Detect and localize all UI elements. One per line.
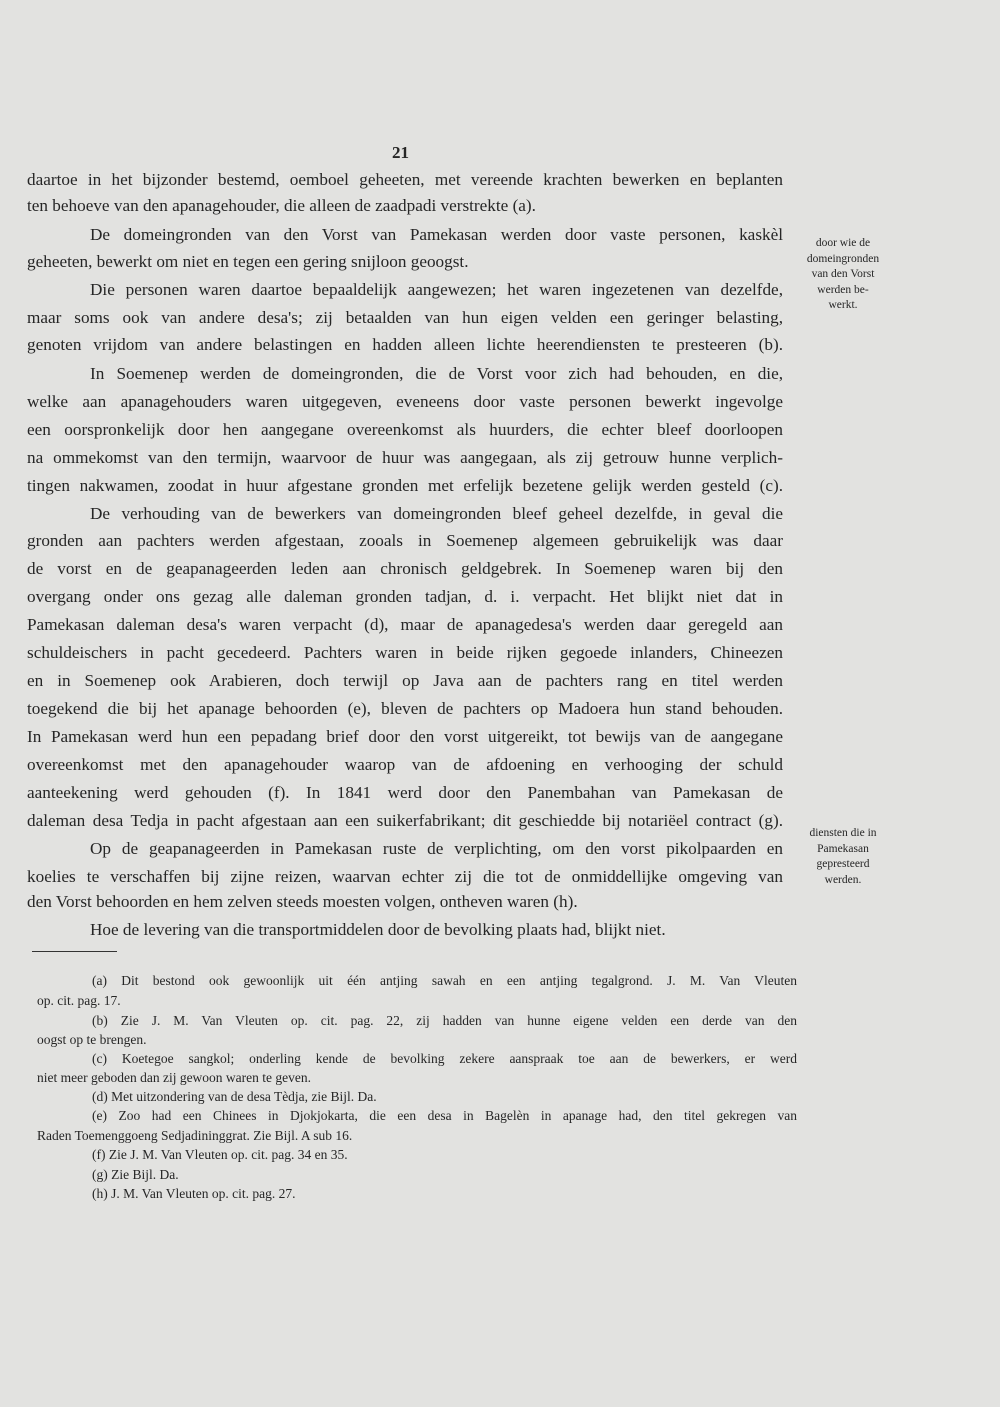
body-line: maar soms ook van andere desa's; zij bet… <box>27 307 783 329</box>
footnote-line: op. cit. pag. 17. <box>37 992 797 1010</box>
footnote-line: (b) Zie J. M. Van Vleuten op. cit. pag. … <box>92 1012 797 1030</box>
body-line: overgang onder ons gezag alle daleman gr… <box>27 586 783 608</box>
body-line: na ommekomst van den termijn, waarvoor d… <box>27 447 783 469</box>
footnote-divider <box>32 951 117 952</box>
body-line: toegekend die bij het apanage behoorden … <box>27 698 783 720</box>
margin-note-line: gepresteerd <box>788 857 898 873</box>
footnote-line: niet meer geboden dan zij gewoon waren t… <box>37 1069 797 1087</box>
body-line: de vorst en de geapanageerden leden aan … <box>27 558 783 580</box>
footnote-line: (c) Koetegoe sangkol; onderling kende de… <box>92 1050 797 1068</box>
body-line: daartoe in het bijzonder bestemd, oemboe… <box>27 169 783 191</box>
body-line: den Vorst behoorden en hem zelven steeds… <box>27 891 783 913</box>
body-line: tingen nakwamen, zoodat in huur afgestan… <box>27 475 783 497</box>
footnote-line: oogst op te brengen. <box>37 1031 797 1049</box>
margin-note-line: Pamekasan <box>788 842 898 858</box>
footnote-line: (d) Met uitzondering van de desa Tèdja, … <box>92 1088 797 1106</box>
page-number: 21 <box>392 143 409 163</box>
body-line: aanteekening werd gehouden (f). In 1841 … <box>27 782 783 804</box>
body-line: overeenkomst met den apanagehouder waaro… <box>27 754 783 776</box>
margin-note-line: werkt. <box>788 298 898 314</box>
margin-note-line: door wie de <box>788 236 898 252</box>
margin-note-line: werden be- <box>788 283 898 299</box>
body-line: In Pamekasan werd hun een pepadang brief… <box>27 726 783 748</box>
footnote-line: (g) Zie Bijl. Da. <box>92 1166 797 1184</box>
footnote-line: (f) Zie J. M. Van Vleuten op. cit. pag. … <box>92 1146 797 1164</box>
body-line: De domeingronden van den Vorst van Pamek… <box>90 224 783 246</box>
margin-note-line: diensten die in <box>788 826 898 842</box>
body-line: koelies te verschaffen bij zijne reizen,… <box>27 866 783 888</box>
body-line: gronden aan pachters werden afgestaan, z… <box>27 530 783 552</box>
footnote-line: (a) Dit bestond ook gewoonlijk uit één a… <box>92 972 797 990</box>
margin-note-1: door wie dedomeingrondenvan den Vorstwer… <box>788 236 898 314</box>
margin-note-line: van den Vorst <box>788 267 898 283</box>
margin-note-line: domeingronden <box>788 252 898 268</box>
body-line: Pamekasan daleman desa's waren verpacht … <box>27 614 783 636</box>
body-line: schuldeischers in pacht gecedeerd. Pacht… <box>27 642 783 664</box>
body-line: ten behoeve van den apanagehouder, die a… <box>27 195 783 217</box>
body-line: Die personen waren daartoe bepaaldelijk … <box>90 279 783 301</box>
body-line: De verhouding van de bewerkers van domei… <box>90 503 783 525</box>
body-line: In Soemenep werden de domeingronden, die… <box>90 363 783 385</box>
body-line: Hoe de levering van die transportmiddele… <box>90 919 783 941</box>
footnote-line: Raden Toemenggoeng Sedjadininggrat. Zie … <box>37 1127 797 1145</box>
body-line: welke aan apanagehouders waren uitgegeve… <box>27 391 783 413</box>
margin-note-2: diensten die inPamekasangepresteerdwerde… <box>788 826 898 888</box>
footnote-line: (e) Zoo had een Chinees in Djokjokarta, … <box>92 1107 797 1125</box>
body-line: en in Soemenep ook Arabieren, doch terwi… <box>27 670 783 692</box>
body-line: Op de geapanageerden in Pamekasan ruste … <box>90 838 783 860</box>
body-line: daleman desa Tedja in pacht afgestaan aa… <box>27 810 783 832</box>
body-line: een oorspronkelijk door hen aangegane ov… <box>27 419 783 441</box>
body-line: genoten vrijdom van andere belastingen e… <box>27 334 783 356</box>
margin-note-line: werden. <box>788 873 898 889</box>
body-line: geheeten, bewerkt om niet en tegen een g… <box>27 251 783 273</box>
footnote-line: (h) J. M. Van Vleuten op. cit. pag. 27. <box>92 1185 797 1203</box>
